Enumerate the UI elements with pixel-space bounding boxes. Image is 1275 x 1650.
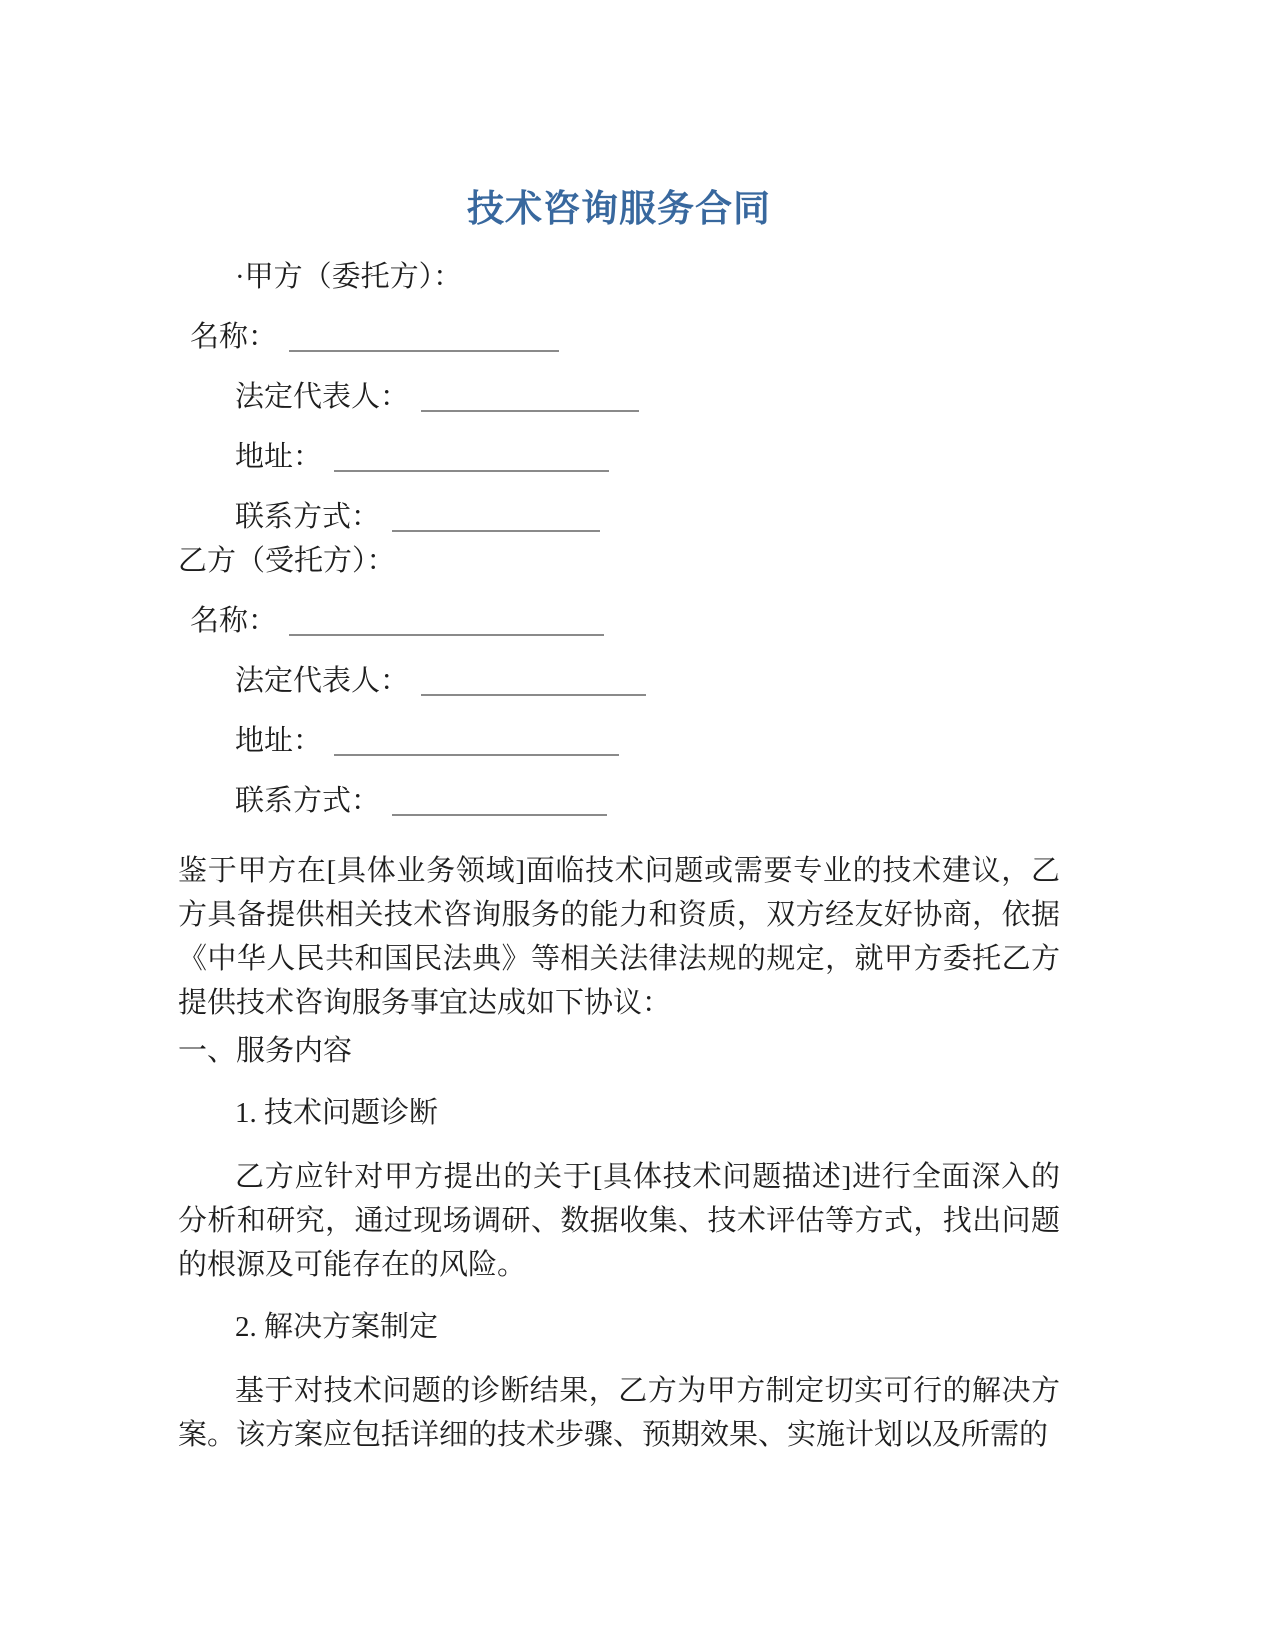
field-row: 名称： — [178, 315, 1060, 359]
clause-paragraph: 乙方应针对甲方提出的关于[具体技术问题描述]进行全面深入的分析和研究，通过现场调… — [178, 1155, 1060, 1287]
paragraph-line: 基于对技术问题的诊断结果，乙方为甲方制定切实可行的解决方 — [178, 1369, 1060, 1413]
party-a-section: ·甲方（委托方）： 名称：法定代表人：地址：联系方式： — [178, 255, 1060, 539]
field-label: 名称： — [190, 321, 277, 353]
field-label: 法定代表人： — [235, 665, 409, 697]
paragraph-line: 乙方应针对甲方提出的关于[具体技术问题描述]进行全面深入的 — [178, 1155, 1060, 1199]
paragraph-line: 的根源及可能存在的风险。 — [178, 1243, 1060, 1287]
field-label: 地址： — [235, 725, 322, 757]
field-row: 地址： — [178, 435, 1060, 479]
document-title: 技术咨询服务合同 — [178, 185, 1060, 233]
field-row: 联系方式： — [178, 779, 1060, 823]
field-row: 法定代表人： — [178, 659, 1060, 703]
section-heading: 一、服务内容 — [178, 1029, 1060, 1073]
paragraph-line: 案。该方案应包括详细的技术步骤、预期效果、实施计划以及所需的 — [178, 1413, 1060, 1457]
field-label: 名称： — [190, 605, 277, 637]
contract-page: 技术咨询服务合同 ·甲方（委托方）： 名称：法定代表人：地址：联系方式： 乙方（… — [0, 0, 1275, 1650]
field-blank-line — [334, 720, 619, 756]
field-label: 地址： — [235, 441, 322, 473]
page-content: 技术咨询服务合同 ·甲方（委托方）： 名称：法定代表人：地址：联系方式： 乙方（… — [0, 0, 1275, 1457]
party-b-section: 乙方（受托方）： 名称：法定代表人：地址：联系方式： — [178, 539, 1060, 823]
field-row: 联系方式： — [178, 495, 1060, 539]
clause-paragraph: 基于对技术问题的诊断结果，乙方为甲方制定切实可行的解决方案。该方案应包括详细的技… — [178, 1369, 1060, 1457]
field-blank-line — [289, 600, 604, 636]
field-label: 联系方式： — [235, 785, 380, 817]
clause-title: 2. 解决方案制定 — [178, 1305, 1060, 1349]
field-blank-line — [421, 660, 646, 696]
party-a-fields: 名称：法定代表人：地址：联系方式： — [178, 315, 1060, 539]
field-blank-line — [392, 780, 607, 816]
clauses-container: 1. 技术问题诊断乙方应针对甲方提出的关于[具体技术问题描述]进行全面深入的分析… — [178, 1091, 1060, 1457]
paragraph-line: 分析和研究，通过现场调研、数据收集、技术评估等方式，找出问题 — [178, 1199, 1060, 1243]
field-row: 名称： — [178, 599, 1060, 643]
field-blank-line — [392, 496, 600, 532]
paragraph-line: 提供技术咨询服务事宜达成如下协议： — [178, 981, 1060, 1025]
field-row: 法定代表人： — [178, 375, 1060, 419]
field-blank-line — [334, 436, 609, 472]
field-row: 地址： — [178, 719, 1060, 763]
paragraph-line: 方具备提供相关技术咨询服务的能力和资质，双方经友好协商，依据 — [178, 893, 1060, 937]
party-a-heading: ·甲方（委托方）： — [178, 255, 1060, 299]
paragraph-line: 鉴于甲方在[具体业务领域]面临技术问题或需要专业的技术建议，乙 — [178, 849, 1060, 893]
clause-title: 1. 技术问题诊断 — [178, 1091, 1060, 1135]
preamble-paragraph: 鉴于甲方在[具体业务领域]面临技术问题或需要专业的技术建议，乙方具备提供相关技术… — [178, 849, 1060, 1025]
party-b-fields: 名称：法定代表人：地址：联系方式： — [178, 599, 1060, 823]
field-label: 联系方式： — [235, 501, 380, 533]
paragraph-line: 《中华人民共和国民法典》等相关法律法规的规定，就甲方委托乙方 — [178, 937, 1060, 981]
party-b-heading: 乙方（受托方）： — [178, 539, 1060, 583]
field-label: 法定代表人： — [235, 381, 409, 413]
field-blank-line — [421, 376, 639, 412]
field-blank-line — [289, 316, 559, 352]
